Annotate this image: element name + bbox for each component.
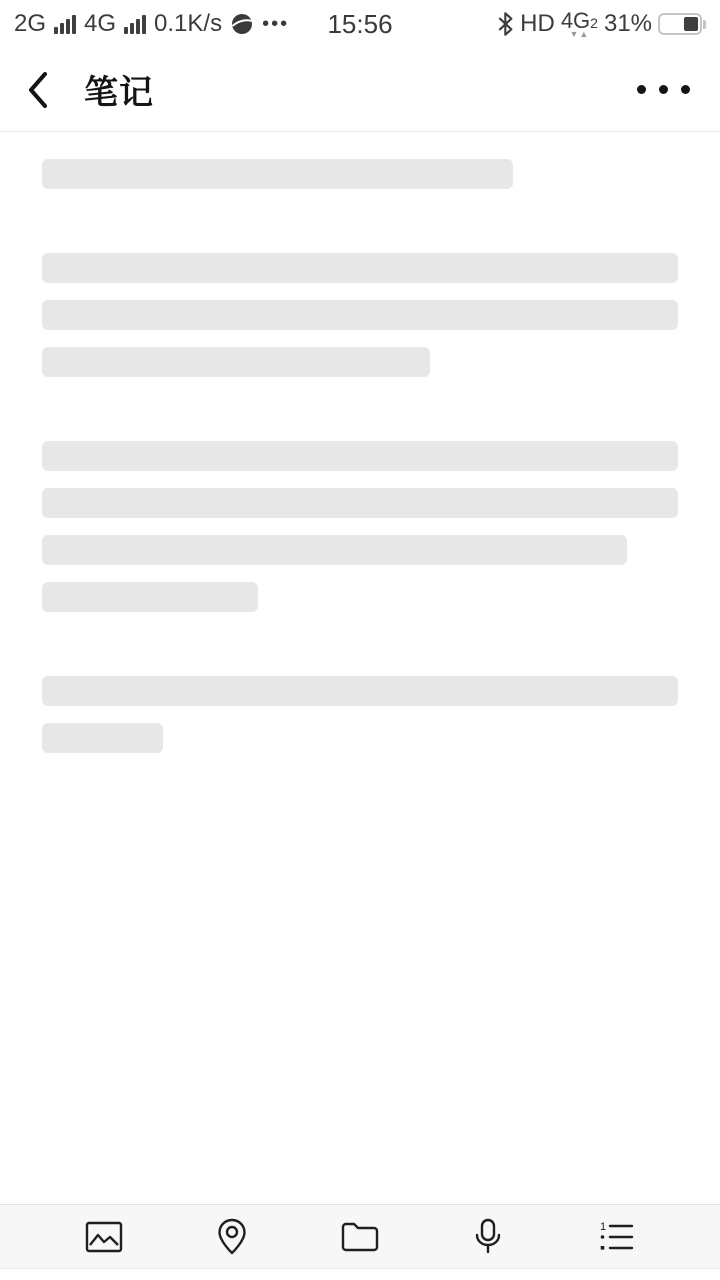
list-format-button[interactable]: 1 (580, 1209, 652, 1265)
status-bar: 2G 4G 0.1K/s ••• 15:56 HD 4G2 ▼▲ 31% (0, 0, 720, 48)
bluetooth-icon (498, 12, 514, 36)
location-pin-icon (216, 1218, 248, 1256)
sim-index: 2 (590, 15, 598, 31)
status-left-cluster: 2G 4G 0.1K/s ••• (14, 10, 327, 38)
bottom-inset (0, 1268, 720, 1280)
network-speed: 0.1K/s (154, 10, 222, 38)
insert-location-button[interactable] (196, 1209, 268, 1265)
status-right-cluster: HD 4G2 ▼▲ 31% (393, 10, 706, 39)
network-type-indicator: 4G2 ▼▲ (561, 10, 598, 39)
more-dot (659, 85, 668, 94)
redacted-text-line (42, 582, 258, 612)
redacted-text-line (42, 723, 163, 753)
battery-percent: 31% (604, 10, 652, 38)
back-chevron-icon (26, 70, 50, 110)
redacted-text-line (42, 676, 678, 706)
redacted-text-line (42, 441, 678, 471)
redacted-text-line (42, 535, 627, 565)
voice-input-button[interactable] (452, 1209, 524, 1265)
more-dot (681, 85, 690, 94)
redacted-text-line (42, 300, 678, 330)
floating-ball-icon (230, 12, 254, 36)
data-arrows-icon: ▼▲ (569, 30, 589, 39)
more-dot (637, 85, 646, 94)
note-paragraph-redacted (42, 150, 678, 197)
volte-hd-label: HD (520, 10, 555, 38)
editor-toolbar: 1 (0, 1204, 720, 1268)
insert-image-button[interactable] (68, 1209, 140, 1265)
clock: 15:56 (327, 9, 392, 40)
more-menu-button[interactable] (633, 73, 694, 106)
phone-screen: 2G 4G 0.1K/s ••• 15:56 HD 4G2 ▼▲ 31% (0, 0, 720, 1280)
note-paragraph-redacted (42, 667, 678, 761)
nav-bar: 笔记 (0, 48, 720, 132)
back-button[interactable] (26, 63, 70, 117)
status-more-icon: ••• (262, 13, 289, 36)
redacted-text-line (42, 253, 678, 283)
note-body[interactable] (0, 132, 720, 1204)
microphone-icon (473, 1218, 503, 1256)
ordered-list-icon: 1 (597, 1220, 635, 1254)
page-title: 笔记 (84, 65, 154, 114)
svg-text:1: 1 (600, 1221, 606, 1233)
redacted-text-line (42, 159, 513, 189)
redacted-text-line (42, 488, 678, 518)
image-icon (85, 1221, 123, 1253)
sim1-signal-icon (54, 14, 76, 34)
sim1-network-label: 2G (14, 10, 46, 38)
redacted-text-line (42, 347, 430, 377)
folder-icon (341, 1221, 379, 1253)
note-paragraph-redacted (42, 244, 678, 385)
attach-file-button[interactable] (324, 1209, 396, 1265)
sim2-signal-icon (124, 14, 146, 34)
battery-icon (658, 13, 706, 35)
sim2-network-label: 4G (84, 10, 116, 38)
note-paragraph-redacted (42, 432, 678, 620)
